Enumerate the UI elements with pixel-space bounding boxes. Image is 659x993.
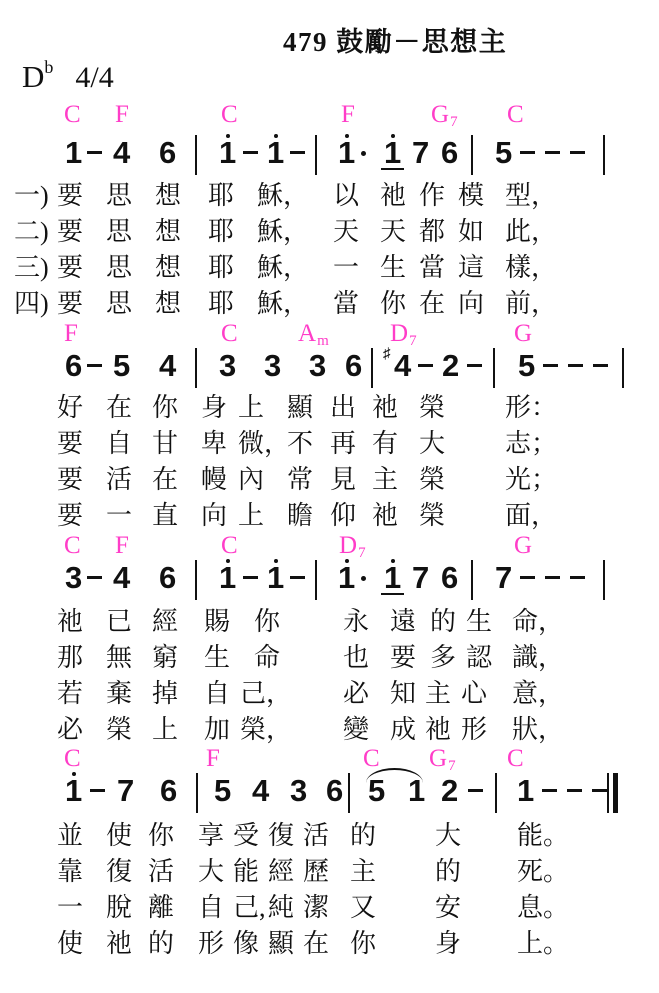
note-7: 7 (412, 562, 429, 593)
lyric-char: 見 (330, 467, 356, 493)
lyric-char: 祂 (106, 931, 132, 957)
lyric-char: 榮 (106, 717, 132, 743)
lyric-char: 一 (106, 503, 132, 529)
chord-root: C (507, 745, 524, 772)
chord-C: C (221, 102, 238, 127)
lyric-char: 若 (57, 681, 83, 707)
lyric-char: 那 (57, 645, 83, 671)
chord-F: F (206, 746, 220, 771)
duration-dash (542, 789, 557, 792)
lyric-char: 使 (106, 823, 132, 849)
lyric-char: 知 (390, 681, 416, 707)
measure-barline (493, 348, 495, 388)
duration-dash (87, 364, 102, 367)
lyric-char: 也 (343, 645, 369, 671)
lyric-char: 的 (350, 823, 376, 849)
duration-dash (290, 576, 305, 579)
lyric-char: 認 (466, 645, 492, 671)
lyric-char: 自 (204, 681, 230, 707)
lyric-char: 出 (330, 395, 356, 421)
lyric-char: 你 (152, 395, 178, 421)
note-4: 4 (159, 350, 176, 381)
duration-dash (568, 364, 583, 367)
lyric-char: 命 (254, 645, 280, 671)
lyric-char: 潔 (303, 895, 329, 921)
lyric-char: 要 (57, 503, 83, 529)
note-4: 4 (113, 137, 130, 168)
chord-root: G (429, 745, 447, 772)
lyric-char: 不 (287, 431, 313, 457)
note-6: 6 (345, 350, 362, 381)
lyric-char: 主 (372, 467, 398, 493)
chord-F: F (115, 102, 129, 127)
hymn-title: 479 鼓勵－思想主 (283, 29, 507, 56)
lyric-char: 祂 (372, 503, 398, 529)
note-6: 6 (441, 562, 458, 593)
lyric-char: 祂 (380, 183, 406, 209)
lyric-char: 你 (148, 823, 174, 849)
lyric-char: 身 (435, 931, 461, 957)
note-7: 7 (117, 775, 134, 806)
lyric-char: 光； (505, 467, 557, 493)
duration-dash (87, 576, 102, 579)
chord-G7: G7 (429, 746, 455, 771)
verse-number: 一) (14, 183, 49, 209)
lyric-char: 再 (330, 431, 356, 457)
chord-root: C (64, 101, 81, 128)
lyric-char: 賜 (204, 609, 230, 635)
chord-C: C (507, 102, 524, 127)
chord-root: C (221, 320, 238, 347)
duration-dash (520, 151, 535, 154)
lyric-char: 當 (333, 291, 359, 317)
lyric-char: 顯 (268, 931, 294, 957)
lyric-char: 要 (57, 255, 83, 281)
octave-dot (274, 134, 278, 138)
chord-root: A (298, 320, 316, 347)
lyric-char: 祂 (425, 717, 451, 743)
lyric-char: 前， (505, 291, 557, 317)
note-1-high: 1 (267, 562, 284, 593)
lyric-char: 想 (155, 219, 181, 245)
lyric-char: 思 (106, 219, 132, 245)
lyric-char: 脫 (106, 895, 132, 921)
lyric-char: 瞻 (287, 503, 313, 529)
lyric-char: 志； (505, 431, 557, 457)
lyric-char: 生 (466, 609, 492, 635)
lyric-char: 都 (419, 219, 445, 245)
lyric-char: 自 (106, 431, 132, 457)
note-1-high: 1 (384, 562, 401, 593)
lyric-char: 祂 (372, 395, 398, 421)
chord-F: F (115, 533, 129, 558)
note-7: 7 (495, 562, 512, 593)
verse-number: 二) (14, 219, 49, 245)
lyric-char: 在 (106, 395, 132, 421)
chord-subscript: 7 (358, 545, 366, 561)
note-2: 2 (442, 350, 459, 381)
measure-barline (315, 135, 317, 175)
lyric-char: 顯 (287, 395, 313, 421)
lyric-char: 離 (148, 895, 174, 921)
lyric-char: 身 (201, 395, 227, 421)
eighth-note-beam (381, 168, 404, 170)
measure-barline (371, 348, 373, 388)
measure-barline (195, 135, 197, 175)
chord-root: C (221, 101, 238, 128)
note-3: 3 (65, 562, 82, 593)
measure-barline (603, 135, 605, 175)
measure-barline (315, 560, 317, 600)
lyric-char: 意， (512, 681, 564, 707)
lyric-char: 思 (106, 291, 132, 317)
note-1-high: 1 (65, 775, 82, 806)
lyric-char: 思 (106, 255, 132, 281)
lyric-char: 的 (148, 931, 174, 957)
flat-accidental: b (44, 57, 53, 77)
octave-dot (226, 559, 230, 563)
note-1-high: 1 (219, 137, 236, 168)
lyric-char: 榮 (419, 503, 445, 529)
note-5: 5 (518, 350, 535, 381)
lyric-char: 識， (512, 645, 564, 671)
note-3: 3 (309, 350, 326, 381)
octave-dot (274, 559, 278, 563)
lyric-char: 大 (419, 431, 445, 457)
lyric-char: 又 (350, 895, 376, 921)
note-4: 4 (113, 562, 130, 593)
lyric-char: 形 (461, 717, 487, 743)
duration-dash (543, 364, 558, 367)
duration-dash (545, 576, 560, 579)
lyric-char: 天 (333, 219, 359, 245)
note-4: 4♯ (394, 350, 411, 381)
octave-dot (391, 559, 395, 563)
note-6: 6 (159, 137, 176, 168)
chord-subscript: m (317, 333, 329, 349)
lyric-char: 要 (57, 291, 83, 317)
chord-subscript: 7 (448, 758, 456, 774)
lyric-char: 想 (155, 255, 181, 281)
lyric-char: 在 (419, 291, 445, 317)
chord-subscript: 7 (409, 333, 417, 349)
lyric-char: 心 (461, 681, 487, 707)
duration-dash (418, 364, 433, 367)
duration-dash (520, 576, 535, 579)
chord-root: F (206, 745, 220, 772)
key-letter: D (22, 59, 44, 94)
measure-barline (196, 773, 198, 813)
duration-dash (468, 789, 483, 792)
measure-barline (471, 560, 473, 600)
chord-root: G (514, 320, 532, 347)
octave-dot (345, 134, 349, 138)
lyric-char: 息。 (517, 895, 569, 921)
lyric-char: 活 (148, 859, 174, 885)
lyric-char: 並 (57, 823, 83, 849)
duration-dash (592, 789, 607, 792)
lyric-char: 歷 (303, 859, 329, 885)
chord-root: F (115, 101, 129, 128)
lyric-char: 復 (106, 859, 132, 885)
chord-root: D (390, 320, 408, 347)
duration-dash (87, 151, 102, 154)
measure-barline (195, 560, 197, 600)
chord-C: C (64, 533, 81, 558)
lyric-char: 純 (268, 895, 294, 921)
lyric-char: 微， (238, 431, 290, 457)
lyric-char: 好 (57, 395, 83, 421)
lyric-char: 榮 (419, 395, 445, 421)
chord-F: F (341, 102, 355, 127)
note-3: 3 (264, 350, 281, 381)
chord-D7: D7 (390, 321, 416, 346)
duration-dash (570, 151, 585, 154)
lyric-char: 向 (458, 291, 484, 317)
lyric-char: 耶 (208, 255, 234, 281)
lyric-char: 安 (435, 895, 461, 921)
lyric-char: 當 (419, 255, 445, 281)
duration-dash (567, 789, 582, 792)
duration-dash (545, 151, 560, 154)
duration-dash (243, 151, 258, 154)
lyric-char: 穌， (257, 291, 309, 317)
lyric-char: 穌， (257, 183, 309, 209)
lyric-char: 多 (430, 645, 456, 671)
lyric-char: 一 (57, 895, 83, 921)
chord-subscript: 7 (450, 114, 458, 130)
lyric-char: 在 (152, 467, 178, 493)
lyric-char: 穌， (257, 219, 309, 245)
note-6: 6 (326, 775, 343, 806)
note-3: 3 (290, 775, 307, 806)
chord-C: C (221, 533, 238, 558)
lyric-char: 掉 (152, 681, 178, 707)
lyric-char: 上。 (517, 931, 569, 957)
chord-F: F (64, 321, 78, 346)
lyric-char: 耶 (208, 291, 234, 317)
note-5: 5 (495, 137, 512, 168)
lyric-char: 大 (435, 823, 461, 849)
lyric-char: 要 (57, 183, 83, 209)
lyric-char: 要 (57, 431, 83, 457)
chord-C: C (64, 102, 81, 127)
measure-barline (471, 135, 473, 175)
note-6: 6 (159, 562, 176, 593)
lyric-char: 成 (390, 717, 416, 743)
lyric-char: 經 (268, 859, 294, 885)
lyric-char: 窮 (152, 645, 178, 671)
lyric-char: 作 (419, 183, 445, 209)
chord-root: G (514, 532, 532, 559)
chord-C: C (64, 746, 81, 771)
lyric-char: 以 (333, 183, 359, 209)
lyric-char: 享 (198, 823, 224, 849)
note-6: 6 (65, 350, 82, 381)
lyric-char: 變 (343, 717, 369, 743)
chord-G: G (514, 533, 532, 558)
measure-barline (195, 348, 197, 388)
lyric-char: 上 (152, 717, 178, 743)
lyric-char: 生 (204, 645, 230, 671)
lyric-char: 樣， (505, 255, 557, 281)
lyric-char: 型， (505, 183, 557, 209)
lyric-char: 己, (233, 895, 266, 921)
note-3: 3 (219, 350, 236, 381)
note-1-high: 1 (219, 562, 236, 593)
note-4: 4 (252, 775, 269, 806)
final-bar-thin (607, 773, 609, 813)
lyric-char: 向 (201, 503, 227, 529)
duration-dash (90, 789, 105, 792)
note-2: 2 (441, 775, 458, 806)
lyric-char: 使 (57, 931, 83, 957)
lyric-char: 要 (390, 645, 416, 671)
final-bar-thick (613, 773, 618, 813)
lyric-char: 主 (350, 859, 376, 885)
final-double-barline (607, 773, 619, 813)
lyric-char: 直 (152, 503, 178, 529)
note-1: 1 (517, 775, 534, 806)
lyric-char: 活 (303, 823, 329, 849)
lyric-char: 己， (240, 681, 292, 707)
lyric-char: 必 (343, 681, 369, 707)
note-1: 1 (65, 137, 82, 168)
lyric-char: 想 (155, 183, 181, 209)
measure-barline (348, 773, 350, 813)
lyric-char: 棄 (106, 681, 132, 707)
hymn-sheet-page: 479 鼓勵－思想主 Db4/4 CFCFG7C1461111765一)要思想耶… (0, 0, 659, 993)
chord-root: C (221, 532, 238, 559)
lyric-char: 榮， (240, 717, 292, 743)
lyric-char: 耶 (208, 183, 234, 209)
octave-dot (391, 134, 395, 138)
note-6: 6 (160, 775, 177, 806)
note-5: 5 (113, 350, 130, 381)
lyric-char: 此， (505, 219, 557, 245)
chord-root: D (339, 532, 357, 559)
chord-root: F (115, 532, 129, 559)
lyric-char: 這 (458, 255, 484, 281)
duration-dash (467, 364, 482, 367)
sharp-sign: ♯ (383, 346, 391, 361)
duration-dash (593, 364, 608, 367)
lyric-char: 穌， (257, 255, 309, 281)
lyric-char: 常 (287, 467, 313, 493)
measure-barline (495, 773, 497, 813)
lyric-char: 遠 (390, 609, 416, 635)
lyric-char: 經 (152, 609, 178, 635)
lyric-char: 活 (106, 467, 132, 493)
chord-C: C (507, 746, 524, 771)
lyric-char: 生 (380, 255, 406, 281)
lyric-char: 狀， (512, 717, 564, 743)
lyric-char: 復 (268, 823, 294, 849)
duration-dash (243, 576, 258, 579)
lyric-char: 的 (430, 609, 456, 635)
note-1-high: 1 (338, 137, 355, 168)
lyric-char: 形： (505, 395, 557, 421)
chord-C: C (221, 321, 238, 346)
eighth-note-beam (381, 593, 404, 595)
lyric-char: 一 (333, 255, 359, 281)
note-6: 6 (441, 137, 458, 168)
chord-Am: Am (298, 321, 328, 346)
dotted-note-dot (361, 576, 366, 581)
lyric-char: 你 (254, 609, 280, 635)
lyric-char: 自 (198, 895, 224, 921)
lyric-char: 有 (372, 431, 398, 457)
chord-root: C (507, 101, 524, 128)
lyric-char: 大 (198, 859, 224, 885)
lyric-char: 命， (512, 609, 564, 635)
lyric-char: 榮 (419, 467, 445, 493)
lyric-char: 卑 (201, 431, 227, 457)
lyric-char: 在 (303, 931, 329, 957)
lyric-char: 如 (458, 219, 484, 245)
lyric-char: 能。 (517, 823, 569, 849)
octave-dot (72, 772, 76, 776)
lyric-char: 甘 (152, 431, 178, 457)
lyric-char: 要 (57, 219, 83, 245)
lyric-char: 幔 (201, 467, 227, 493)
lyric-char: 模 (458, 183, 484, 209)
note-5: 5 (214, 775, 231, 806)
note-1-high: 1 (384, 137, 401, 168)
lyric-char: 的 (435, 859, 461, 885)
lyric-char: 想 (155, 291, 181, 317)
chord-root: F (341, 101, 355, 128)
chord-D7: D7 (339, 533, 365, 558)
lyric-char: 耶 (208, 219, 234, 245)
lyric-char: 受 (233, 823, 259, 849)
lyric-char: 已 (106, 609, 132, 635)
dotted-note-dot (361, 151, 366, 156)
lyric-char: 你 (350, 931, 376, 957)
lyric-char: 思 (106, 183, 132, 209)
chord-root: C (64, 745, 81, 772)
lyric-char: 主 (425, 681, 451, 707)
chord-G7: G7 (431, 102, 457, 127)
lyric-char: 面， (505, 503, 557, 529)
lyric-char: 無 (106, 645, 132, 671)
duration-dash (570, 576, 585, 579)
chord-C: C (363, 746, 380, 771)
lyric-char: 能 (233, 859, 259, 885)
lyric-char: 仰 (330, 503, 356, 529)
octave-dot (345, 559, 349, 563)
measure-barline (622, 348, 624, 388)
lyric-char: 死。 (517, 859, 569, 885)
lyric-char: 永 (343, 609, 369, 635)
octave-dot (226, 134, 230, 138)
lyric-char: 祂 (57, 609, 83, 635)
chord-root: C (64, 532, 81, 559)
lyric-char: 靠 (57, 859, 83, 885)
lyric-char: 上 (238, 395, 264, 421)
lyric-char: 內 (238, 467, 264, 493)
chord-G: G (514, 321, 532, 346)
note-7: 7 (412, 137, 429, 168)
verse-number: 三) (14, 255, 49, 281)
lyric-char: 必 (57, 717, 83, 743)
key-signature: Db4/4 (22, 58, 114, 93)
chord-root: G (431, 101, 449, 128)
note-1-high: 1 (267, 137, 284, 168)
note-1-high: 1 (338, 562, 355, 593)
verse-number: 四) (14, 291, 49, 317)
measure-barline (603, 560, 605, 600)
